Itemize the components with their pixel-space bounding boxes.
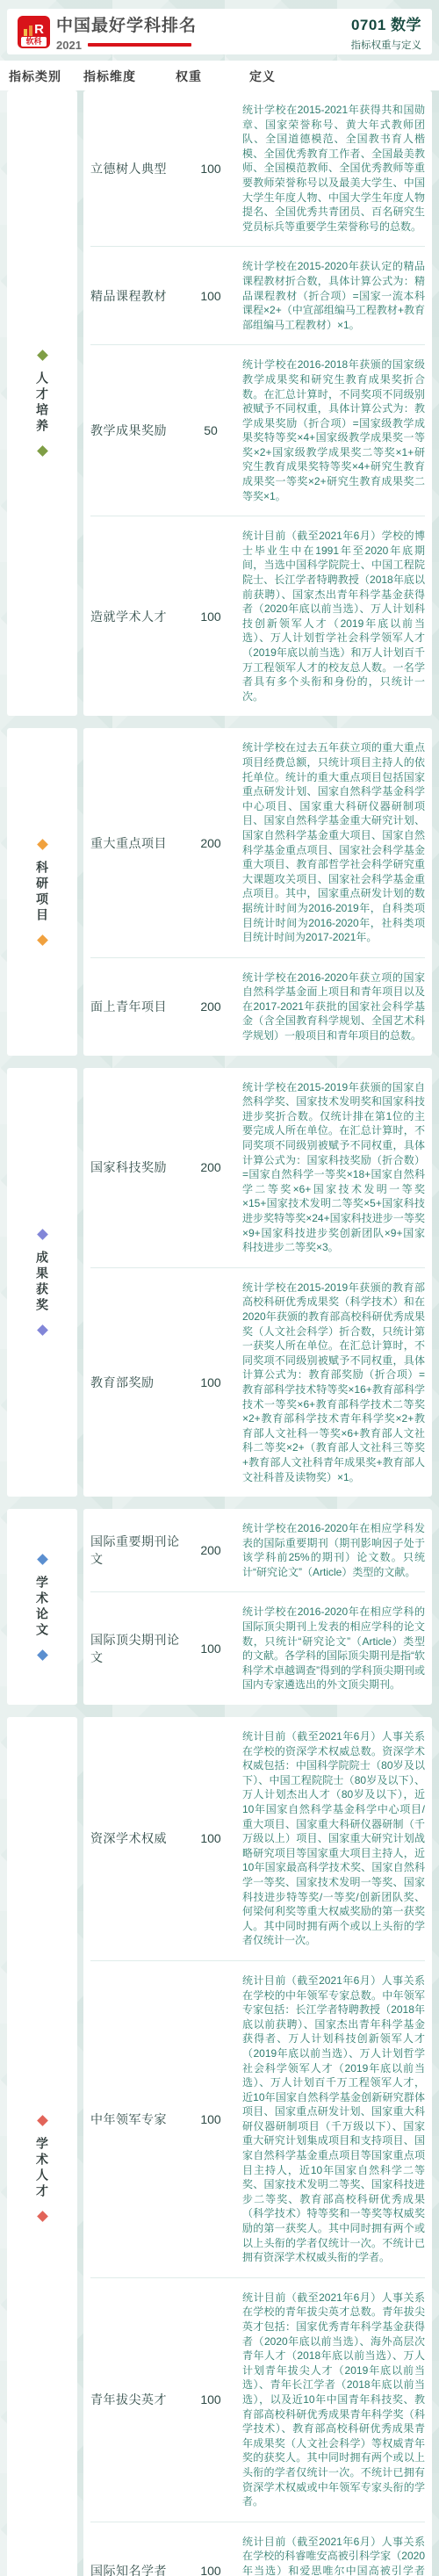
table-row: 国际顶尖期刊论文 100 统计学校在2016-2020年在相应学科的国际顶尖期刊… <box>90 1591 425 1705</box>
weight-value: 200 <box>191 836 231 850</box>
weight-value: 100 <box>191 162 231 176</box>
dimension-name: 国际顶尖期刊论文 <box>90 1631 191 1666</box>
category-diamond-icon <box>37 2211 48 2222</box>
category-diamond-icon <box>37 839 48 850</box>
definition-text: 统计学校在2015-2021年获得共和国勋章、国家荣誉称号、黄大年式教师团队、全… <box>242 103 425 234</box>
category-diamond-icon <box>37 2115 48 2126</box>
category-name: 科研项目 <box>33 861 51 924</box>
column-header-category: 指标类别 <box>9 68 61 85</box>
definition-text: 统计学校在2016-2020年获立项的国家自然科学基金面上项目和青年项目以及在2… <box>242 971 425 1043</box>
dimension-name: 教学成果奖励 <box>90 422 191 439</box>
table-row: 造就学术人才 100 统计目前（截至2021年6月）学校的博士毕业生中在1991… <box>90 516 425 716</box>
weight-value: 50 <box>191 423 231 437</box>
logo-r-glyph: R <box>34 23 44 36</box>
table-row: 精品课程教材 100 统计学校在2015-2020年获认定的精品课程教材折合数，… <box>90 246 425 344</box>
weight-value: 100 <box>191 1642 231 1656</box>
category-diamond-icon <box>37 350 48 361</box>
weight-value: 200 <box>191 1543 231 1557</box>
column-header-weight: 权重 <box>176 68 202 85</box>
category-rows-card: 重大重点项目 200 统计学校在过去五年获立项的重大重点项目经费总额，只统计项目… <box>83 728 432 1055</box>
category-section-academic-talents: 学术人才 资深学术权威 100 统计目前（截至2021年6月）人事关系在学校的资… <box>7 1717 432 2576</box>
logo-brand-text: 软科 <box>21 37 47 47</box>
weight-value: 100 <box>191 2564 231 2576</box>
red-underline <box>88 43 191 47</box>
category-diamond-icon <box>37 445 48 457</box>
category-diamond-icon <box>37 934 48 946</box>
weight-value: 100 <box>191 289 231 303</box>
column-header-dimension: 指标维度 <box>83 68 136 85</box>
definition-text: 统计学校在2016-2020年在相应学科的国际顶尖期刊上发表的相应学科的论文数，… <box>242 1605 425 1692</box>
category-label-card: 科研项目 <box>7 728 77 1055</box>
dimension-name: 青年拔尖英才 <box>90 2391 191 2408</box>
logo-bars-icon: R <box>24 22 44 36</box>
dimension-name: 国家科技奖励 <box>90 1158 191 1176</box>
category-diamond-icon <box>37 1229 48 1240</box>
table-row: 教育部奖励 100 统计学校在2015-2019年获颁的教育部高校科研优秀成果奖… <box>90 1267 425 1497</box>
category-name: 学术人才 <box>33 2137 51 2200</box>
category-name: 成果获奖 <box>33 1251 51 1314</box>
definition-text: 统计目前（截至2021年6月）人事关系在学校的科睿唯安高被引科学家（2020年当… <box>242 2535 425 2576</box>
weight-value: 100 <box>191 1831 231 1845</box>
category-diamond-icon <box>37 1324 48 1336</box>
category-name: 学术论文 <box>33 1576 51 1639</box>
category-label-card: 成果获奖 <box>7 1068 77 1497</box>
category-section-research-projects: 科研项目 重大重点项目 200 统计学校在过去五年获立项的重大重点项目经费总额，… <box>7 728 432 1055</box>
dimension-name: 面上青年项目 <box>90 998 191 1015</box>
weight-value: 100 <box>191 2392 231 2406</box>
table-row: 国际重要期刊论文 200 统计学校在2016-2020年在相应学科发表的国际重要… <box>90 1509 425 1591</box>
weight-value: 100 <box>191 2112 231 2126</box>
weight-value: 200 <box>191 1160 231 1174</box>
subject-code: 0701 数学 <box>351 12 422 34</box>
table-row: 立德树人典型 100 统计学校在2015-2021年获得共和国勋章、国家荣誉称号… <box>90 90 425 246</box>
definition-text: 统计目前（截至2021年6月）人事关系在学校的中年领军专家总数。中年领军专家包括… <box>242 1973 425 2265</box>
column-header-definition: 定义 <box>249 68 276 85</box>
table-header: 指标类别 指标维度 权重 定义 <box>0 61 439 90</box>
definition-text: 统计学校在2015-2019年获颁的教育部高校科研优秀成果奖（科学技术）和在20… <box>242 1281 425 1484</box>
category-label-card: 人才培养 <box>7 90 77 716</box>
table-row: 资深学术权威 100 统计目前（截至2021年6月）人事关系在学校的资深学术权威… <box>90 1717 425 1960</box>
category-rows-card: 资深学术权威 100 统计目前（截至2021年6月）人事关系在学校的资深学术权威… <box>83 1717 432 2576</box>
definition-text: 统计学校在2015-2020年获认定的精品课程教材折合数，具体计算公式为：精品课… <box>242 259 425 332</box>
table-row: 国家科技奖励 200 统计学校在2015-2019年获颁的国家自然科学奖、国家技… <box>90 1068 425 1267</box>
dimension-name: 立德树人典型 <box>90 160 191 177</box>
category-section-academic-papers: 学术论文 国际重要期刊论文 200 统计学校在2016-2020年在相应学科发表… <box>7 1509 432 1705</box>
dimension-name: 国际重要期刊论文 <box>90 1533 191 1568</box>
table-row: 中年领军专家 100 统计目前（截至2021年6月）人事关系在学校的中年领军专家… <box>90 1960 425 2277</box>
dimension-name: 教育部奖励 <box>90 1374 191 1391</box>
table-row: 青年拔尖英才 100 统计目前（截至2021年6月）人事关系在学校的青年拔尖英才… <box>90 2277 425 2522</box>
header: R 软科 中国最好学科排名 2021 0701 数学 指标权重与定义 <box>7 9 432 54</box>
table-row: 教学成果奖励 50 统计学校在2016-2018年获颁的国家级教学成果奖和研究生… <box>90 344 425 516</box>
weight-value: 200 <box>191 999 231 1014</box>
category-rows-card: 立德树人典型 100 统计学校在2015-2021年获得共和国勋章、国家荣誉称号… <box>83 90 432 716</box>
dimension-name: 国际知名学者 <box>90 2562 191 2576</box>
table-row: 面上青年项目 200 统计学校在2016-2020年获立项的国家自然科学基金面上… <box>90 957 425 1056</box>
ranking-title: 中国最好学科排名 <box>56 12 197 36</box>
dimension-name: 中年领军专家 <box>90 2111 191 2128</box>
category-section-talent-cultivation: 人才培养 立德树人典型 100 统计学校在2015-2021年获得共和国勋章、国… <box>7 90 432 716</box>
category-diamond-icon <box>37 1649 48 1661</box>
category-section-achievement-awards: 成果获奖 国家科技奖励 200 统计学校在2015-2019年获颁的国家自然科学… <box>7 1068 432 1497</box>
definition-text: 统计目前（截至2021年6月）学校的博士毕业生中在1991年至2020年底期间，… <box>242 529 425 704</box>
dimension-name: 造就学术人才 <box>90 608 191 625</box>
category-label-card: 学术人才 <box>7 1717 77 2576</box>
weight-value: 100 <box>191 1375 231 1389</box>
category-diamond-icon <box>37 1554 48 1565</box>
definition-text: 统计目前（截至2021年6月）人事关系在学校的青年拔尖英才总数。青年拔尖英才包括… <box>242 2291 425 2509</box>
table-row: 重大重点项目 200 统计学校在过去五年获立项的重大重点项目经费总额，只统计项目… <box>90 728 425 956</box>
table-row: 国际知名学者 100 统计目前（截至2021年6月）人事关系在学校的科睿唯安高被… <box>90 2522 425 2576</box>
brand: R 软科 中国最好学科排名 2021 <box>18 12 197 52</box>
definition-text: 统计目前（截至2021年6月）人事关系在学校的资深学术权威总数。资深学术权威包括… <box>242 1729 425 1948</box>
category-rows-card: 国家科技奖励 200 统计学校在2015-2019年获颁的国家自然科学奖、国家技… <box>83 1068 432 1497</box>
definition-text: 统计学校在过去五年获立项的重大重点项目经费总额，只统计项目主持人的依托单位。统计… <box>242 740 425 944</box>
definition-text: 统计学校在2015-2019年获颁的国家自然科学奖、国家技术发明奖和国家科技进步… <box>242 1080 425 1255</box>
category-name: 人才培养 <box>33 372 51 435</box>
category-label-card: 学术论文 <box>7 1509 77 1705</box>
ruanke-logo: R 软科 <box>18 16 50 48</box>
category-rows-card: 国际重要期刊论文 200 统计学校在2016-2020年在相应学科发表的国际重要… <box>83 1509 432 1705</box>
dimension-name: 资深学术权威 <box>90 1829 191 1847</box>
definition-text: 统计学校在2016-2020年在相应学科发表的国际重要期刊（期刊影响因子处于该学… <box>242 1521 425 1579</box>
ranking-year: 2021 <box>56 39 82 52</box>
dimension-name: 重大重点项目 <box>90 834 191 852</box>
weight-value: 100 <box>191 610 231 624</box>
definition-text: 统计学校在2016-2018年获颁的国家级教学成果奖和研究生教育成果奖折合数。在… <box>242 357 425 503</box>
page-subtitle: 指标权重与定义 <box>351 38 422 52</box>
dimension-name: 精品课程教材 <box>90 287 191 305</box>
